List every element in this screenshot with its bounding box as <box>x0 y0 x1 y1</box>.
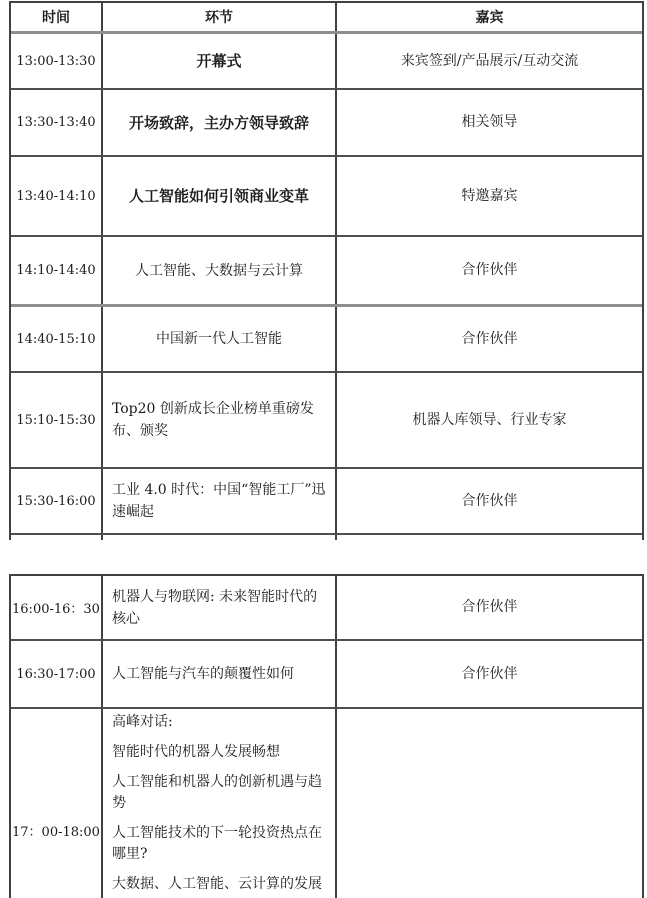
agenda-row: 13:30-13:40 开场致辞，主办方领导致辞 相关领导 <box>11 88 642 155</box>
agenda-row: 14:10-14:40 人工智能、大数据与云计算 合作伙伴 <box>11 235 642 304</box>
session-line: 高峰对话: <box>112 712 327 733</box>
session-line: 大数据、人工智能、云计算的发展 <box>112 874 327 895</box>
time-cell: 16:00-16：30 <box>11 576 103 639</box>
agenda-row: 17：00-18:00 高峰对话: 智能时代的机器人发展畅想 人工智能和机器人的… <box>11 707 642 898</box>
agenda-row: 15:10-15:30 Top20 创新成长企业榜单重磅发布、颁奖 机器人库领导… <box>11 371 642 467</box>
time-cell: 14:40-15:10 <box>11 307 103 371</box>
session-cell: 人工智能、大数据与云计算 <box>103 237 337 304</box>
session-line: 人工智能和机器人的创新机遇与趋势 <box>112 772 327 814</box>
session-cell: 开场致辞，主办方领导致辞 <box>103 90 337 155</box>
agenda-table-1: 时间 环节 嘉宾 13:00-13:30 开幕式 来宾签到/产品展示/互动交流 … <box>9 1 644 540</box>
guest-cell <box>337 709 642 898</box>
session-cell: 机器人与物联网: 未来智能时代的核心 <box>103 576 337 639</box>
session-column-header: 环节 <box>103 3 337 31</box>
guest-cell <box>337 535 642 540</box>
time-cell: 13:30-13:40 <box>11 90 103 155</box>
agenda-row: 16:00-16：30 机器人与物联网: 未来智能时代的核心 合作伙伴 <box>11 576 642 639</box>
session-cell: 人工智能与汽车的颠覆性如何 <box>103 641 337 707</box>
guest-column-header: 嘉宾 <box>337 3 642 31</box>
time-cell: 14:10-14:40 <box>11 237 103 304</box>
time-column-header: 时间 <box>11 3 103 31</box>
guest-cell: 合作伙伴 <box>337 641 642 707</box>
agenda-row: 16:30-17:00 人工智能与汽车的颠覆性如何 合作伙伴 <box>11 639 642 707</box>
session-cell: 中国新一代人工智能 <box>103 307 337 371</box>
guest-cell: 合作伙伴 <box>337 469 642 533</box>
session-cell: 工业 4.0 时代：中国“智能工厂”迅速崛起 <box>103 469 337 533</box>
guest-cell: 合作伙伴 <box>337 576 642 639</box>
session-line: 智能时代的机器人发展畅想 <box>112 742 327 763</box>
time-cell: 13:00-13:30 <box>11 34 103 88</box>
time-cell: 16:30-17:00 <box>11 641 103 707</box>
time-cell <box>11 535 103 540</box>
session-cell: 高峰对话: 智能时代的机器人发展畅想 人工智能和机器人的创新机遇与趋势 人工智能… <box>103 709 337 898</box>
session-cell: 开幕式 <box>103 34 337 88</box>
agenda-row: 13:00-13:30 开幕式 来宾签到/产品展示/互动交流 <box>11 31 642 88</box>
agenda-row: 14:40-15:10 中国新一代人工智能 合作伙伴 <box>11 304 642 371</box>
guest-cell: 来宾签到/产品展示/互动交流 <box>337 34 642 88</box>
session-cell: Top20 创新成长企业榜单重磅发布、颁奖 <box>103 373 337 467</box>
guest-cell: 合作伙伴 <box>337 307 642 371</box>
guest-cell: 机器人库领导、行业专家 <box>337 373 642 467</box>
time-cell: 15:30-16:00 <box>11 469 103 533</box>
agenda-row: 13:40-14:10 人工智能如何引领商业变革 特邀嘉宾 <box>11 155 642 235</box>
guest-cell: 特邀嘉宾 <box>337 157 642 235</box>
header-row: 时间 环节 嘉宾 <box>11 3 642 31</box>
guest-cell: 合作伙伴 <box>337 237 642 304</box>
session-cell <box>103 535 337 540</box>
session-cell: 人工智能如何引领商业变革 <box>103 157 337 235</box>
time-cell: 15:10-15:30 <box>11 373 103 467</box>
time-cell: 17：00-18:00 <box>11 709 103 898</box>
truncated-row <box>11 533 642 540</box>
agenda-table-2: 16:00-16：30 机器人与物联网: 未来智能时代的核心 合作伙伴 16:3… <box>9 574 644 898</box>
time-cell: 13:40-14:10 <box>11 157 103 235</box>
agenda-row: 15:30-16:00 工业 4.0 时代：中国“智能工厂”迅速崛起 合作伙伴 <box>11 467 642 533</box>
guest-cell: 相关领导 <box>337 90 642 155</box>
session-line: 人工智能技术的下一轮投资热点在哪里? <box>112 823 327 865</box>
agenda-page: 时间 环节 嘉宾 13:00-13:30 开幕式 来宾签到/产品展示/互动交流 … <box>0 0 647 898</box>
